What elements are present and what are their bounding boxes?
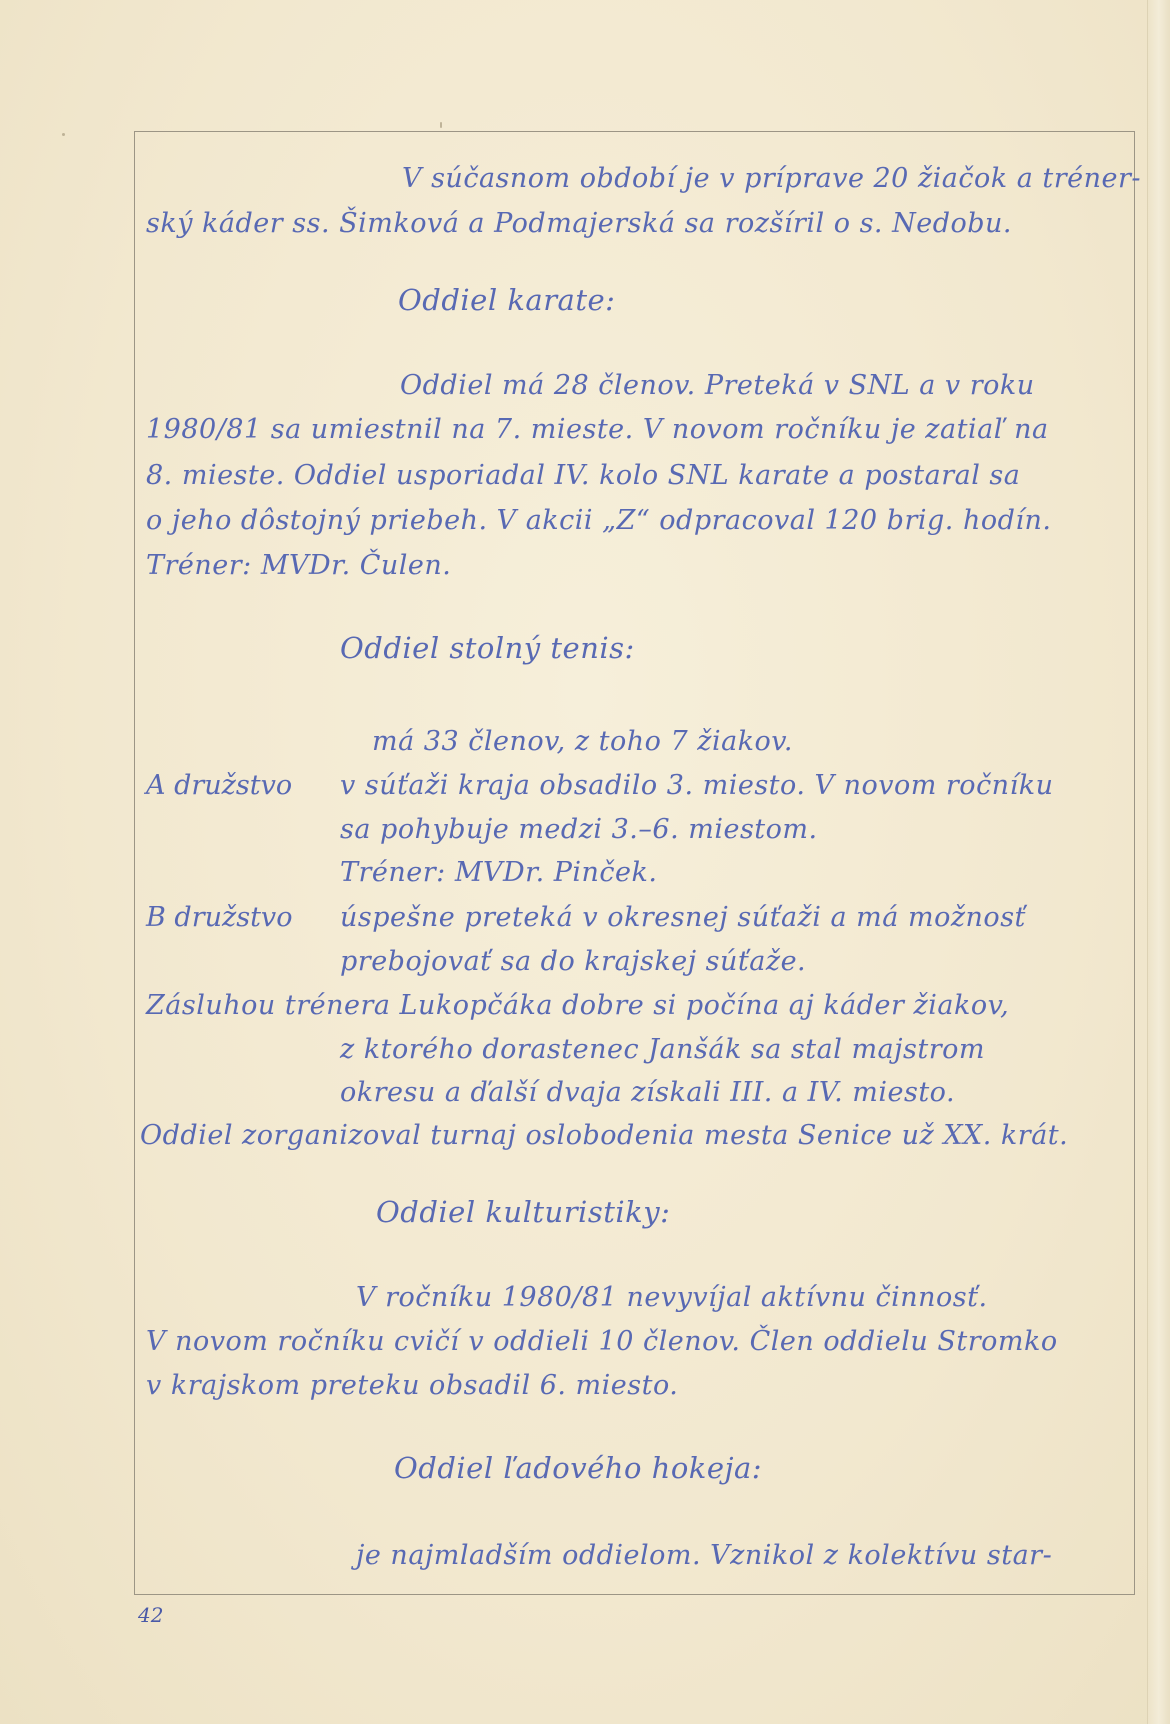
table-tennis-intro-line: má 33 členov, z toho 7 žiakov. <box>372 726 793 758</box>
team-a-label: A družstvo <box>146 770 292 802</box>
table-tennis-closing-line-1: Zásluhou trénera Lukopčáka dobre si počí… <box>146 990 1009 1022</box>
team-b-line-2: prebojovať sa do krajskej súťaže. <box>340 946 806 978</box>
table-tennis-closing-line-4: Oddiel zorganizoval turnaj oslobodenia m… <box>140 1120 1068 1152</box>
karate-line-2: 1980/81 sa umiestnil na 7. mieste. V nov… <box>146 414 1049 446</box>
karate-line-1: Oddiel má 28 členov. Preteká v SNL a v r… <box>400 370 1035 402</box>
page-binding-edge <box>1147 0 1170 1724</box>
karate-line-4: o jeho dôstojný priebeh. V akcii „Z“ odp… <box>146 505 1051 537</box>
team-a-line-1: v súťaži kraja obsadilo 3. miesto. V nov… <box>340 770 1053 802</box>
notebook-page: V súčasnom období je v príprave 20 žiačo… <box>0 0 1170 1724</box>
page-number: 42 <box>138 1603 163 1627</box>
karate-line-3: 8. mieste. Oddiel usporiadal IV. kolo SN… <box>146 460 1020 492</box>
intro-line-1: V súčasnom období je v príprave 20 žiačo… <box>402 163 1141 195</box>
table-tennis-closing-line-3: okresu a ďalší dvaja získali III. a IV. … <box>340 1077 955 1109</box>
table-tennis-closing-line-2: z ktorého dorastenec Janšák sa stal majs… <box>340 1034 985 1066</box>
paper-speck <box>440 122 442 128</box>
team-a-trainer-line: Tréner: MVDr. Pinček. <box>340 857 657 889</box>
section-heading-bodybuilding: Oddiel kulturistiky: <box>376 1196 670 1228</box>
section-heading-karate: Oddiel karate: <box>398 284 615 316</box>
section-heading-ice-hockey: Oddiel ľadového hokeja: <box>394 1452 762 1484</box>
ice-hockey-line-1: je najmladším oddielom. Vznikol z kolekt… <box>356 1540 1052 1572</box>
paper-speck <box>62 133 65 136</box>
team-b-label: B družstvo <box>146 902 292 934</box>
section-heading-table-tennis: Oddiel stolný tenis: <box>340 632 635 664</box>
bodybuilding-line-2: V novom ročníku cvičí v oddieli 10 členo… <box>146 1326 1058 1358</box>
karate-trainer-line: Tréner: MVDr. Čulen. <box>146 550 451 582</box>
team-b-line-1: úspešne preteká v okresnej súťaži a má m… <box>340 902 1026 934</box>
intro-line-2: ský káder ss. Šimková a Podmajerská sa r… <box>146 208 1012 240</box>
bodybuilding-line-1: V ročníku 1980/81 nevyvíjal aktívnu činn… <box>356 1282 988 1314</box>
bodybuilding-line-3: v krajskom preteku obsadil 6. miesto. <box>146 1370 678 1402</box>
team-a-line-2: sa pohybuje medzi 3.–6. miestom. <box>340 814 818 846</box>
